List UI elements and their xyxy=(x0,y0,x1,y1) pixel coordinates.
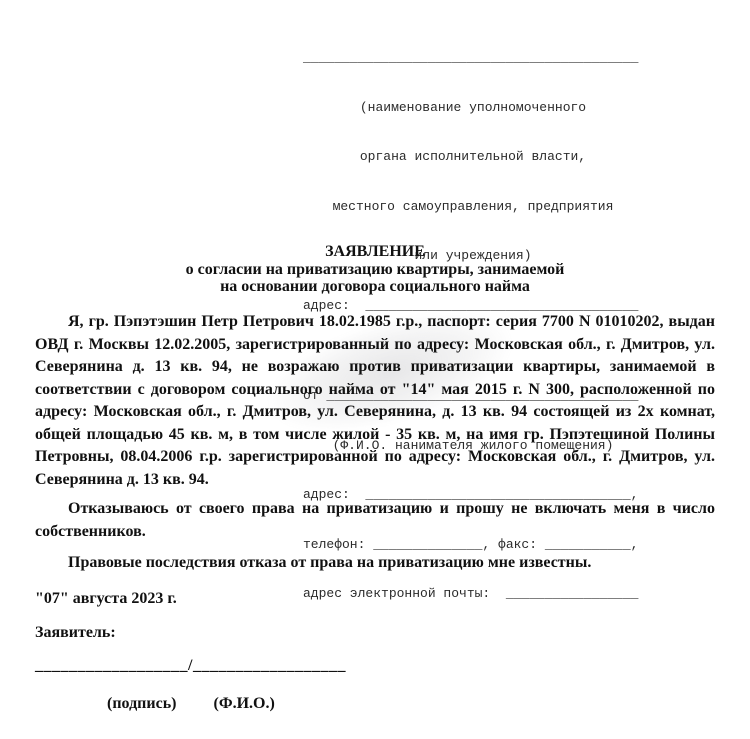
applicant-label: Заявитель: xyxy=(35,624,116,642)
body-block: Я, гр. Пэпэтэшин Петр Петрович 18.02.198… xyxy=(35,311,715,575)
authority-name-blank: ________________________________________… xyxy=(303,50,643,67)
refusal-paragraph: Отказываюсь от своего права на приватиза… xyxy=(35,498,715,543)
authority-caption-line-2: органа исполнительной власти, xyxy=(303,149,643,166)
consent-paragraph: Я, гр. Пэпэтэшин Петр Петрович 18.02.198… xyxy=(35,311,715,491)
authority-caption-line-1: (наименование уполномоченного xyxy=(303,100,643,117)
email-line: адрес электронной почты: _______________… xyxy=(303,586,643,603)
signature-captions: (подпись) (Ф.И.О.) xyxy=(35,695,275,713)
document-page: ________________________________________… xyxy=(0,0,750,739)
document-subtitle-line-2: на основании договора социального найма xyxy=(0,278,750,296)
title-block: ЗАЯВЛЕНИЕ о согласии на приватизацию ква… xyxy=(0,243,750,296)
date-line: "07" августа 2023 г. xyxy=(35,590,177,608)
signature-caption: (подпись) xyxy=(107,695,177,712)
document-subtitle-line-1: о согласии на приватизацию квартиры, зан… xyxy=(0,261,750,279)
authority-caption-line-3: местного самоуправления, предприятия xyxy=(303,199,643,216)
document-title: ЗАЯВЛЕНИЕ xyxy=(0,243,750,261)
signature-blank-line: __________________/__________________ xyxy=(35,657,346,675)
consequences-paragraph: Правовые последствия отказа от права на … xyxy=(35,552,715,575)
fio-caption: (Ф.И.О.) xyxy=(214,695,275,712)
